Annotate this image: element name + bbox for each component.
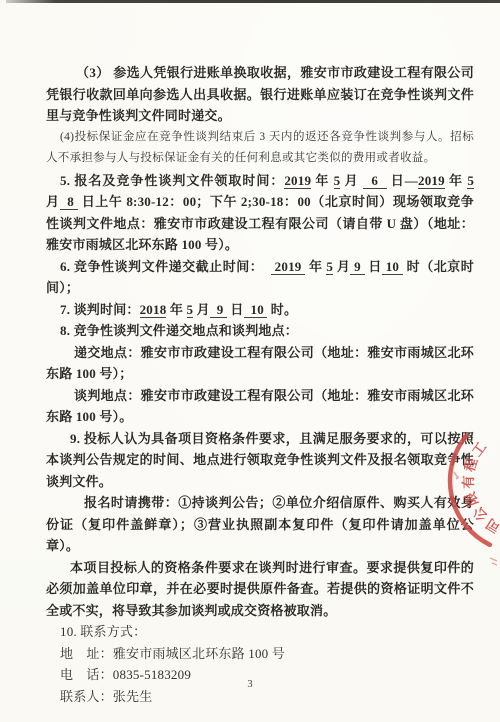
underlined-value: 10 xyxy=(382,259,403,275)
item-8-submit-location: 递交地点：雅安市市政建设工程有限公司（地址：雅安市雨城区北环东路 100 号）； xyxy=(46,342,474,385)
item-6-submission-deadline: 6. 竞争性谈判文件递交截止时间： 2019 年 5 月 9 日 10 时（北京… xyxy=(46,256,474,299)
underlined-value: 9 xyxy=(350,259,364,275)
item-8-locations-heading: 8. 竞争性谈判文件递交地点和谈判地点： xyxy=(46,320,474,342)
underlined-value: 5 xyxy=(467,173,474,189)
page-number: 3 xyxy=(0,679,500,690)
underlined-value: 2019 xyxy=(284,173,311,189)
underlined-value: 2019 xyxy=(271,259,305,275)
item-10-contact-heading: 10. 联系方式： xyxy=(46,621,474,643)
para-4-deposit-return: (4)投标保证金应在竞争性谈判结束后 3 天内的返还各竞争性谈判参与人。招标人不… xyxy=(46,127,474,170)
para-qualification-review: 本项目投标人的资格条件要求在谈判时进行审查。要求提供复印件的必须加盖单位印章，并… xyxy=(46,557,474,622)
item-9-qualification: 9. 投标人认为具备项目资格条件要求，且满足服务要求的，可以按照本谈判公告规定的… xyxy=(46,428,474,493)
scan-top-edge xyxy=(6,0,500,3)
underlined-value: 9 xyxy=(210,302,227,318)
underlined-value: 2019 xyxy=(418,173,445,189)
item-7-negotiation-time: 7. 谈判时间：2018 年 5 月 9 日 10 时。 xyxy=(46,299,474,321)
seal-char-si: 司 xyxy=(483,516,500,537)
underlined-value: 2018 xyxy=(140,302,167,318)
item-8-negotiate-location: 谈判地点：雅安市市政建设工程有限公司（地址：雅安市雨城区北环东路 100 号）。 xyxy=(46,385,474,428)
underlined-value: 10 xyxy=(244,302,268,318)
para-3-bank-receipt: （3） 参选人凭银行进账单换取收据，雅安市市政建设工程有限公司凭银行收款回单向参… xyxy=(46,62,474,127)
scanned-document-page: （3） 参选人凭银行进账单换取收据，雅安市市政建设工程有限公司凭银行收款回单向参… xyxy=(0,0,500,722)
contact-address: 地 址：雅安市雨城区北环东路 100 号 xyxy=(46,643,474,665)
document-content: （3） 参选人凭银行进账单换取收据，雅安市市政建设工程有限公司凭银行收款回单向参… xyxy=(46,62,474,707)
para-bring-documents: 报名时请携带：①持谈判公告；②单位介绍信原件、购买人有效身份证（复印件盖鲜章）；… xyxy=(46,492,474,557)
item-5-collection-time: 5. 报名及竞争性谈判文件领取时间：2019 年 5 月 6 日—2019 年 … xyxy=(46,170,474,256)
underlined-value: 6 xyxy=(363,173,387,189)
underlined-value: 8 xyxy=(60,194,78,210)
